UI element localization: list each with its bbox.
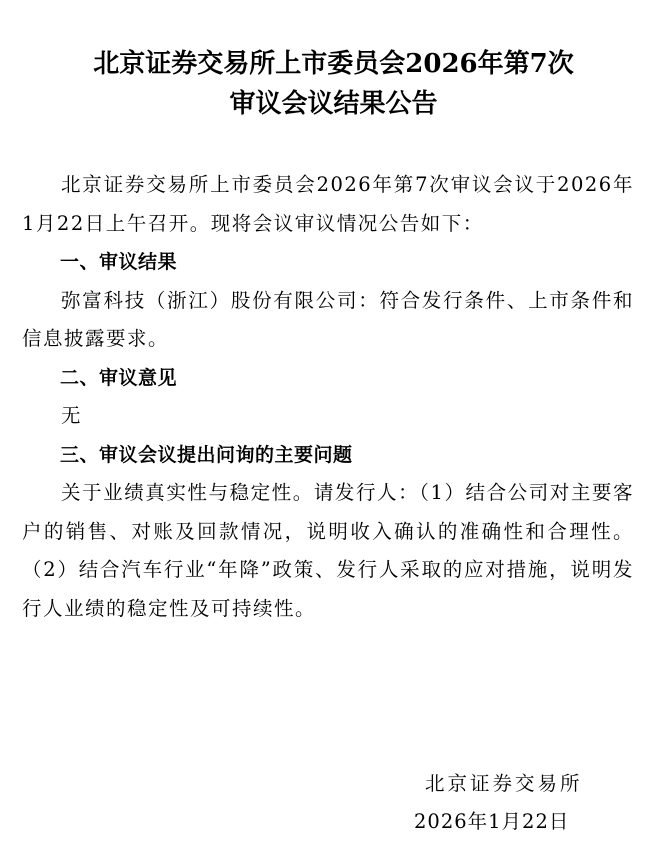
- section-content-review-result: 弥富科技（浙江）股份有限公司：符合发行条件、上市条件和信息披露要求。: [22, 282, 634, 359]
- document-title-line2: 审议会议结果公告: [0, 84, 667, 124]
- signature-date: 2026年1月22日: [414, 806, 569, 834]
- section-content-main-questions: 关于业绩真实性与稳定性。请发行人：（1）结合公司对主要客户的销售、对账及回款情况…: [22, 474, 634, 628]
- section-heading-main-questions: 三、审议会议提出问询的主要问题: [22, 436, 634, 475]
- document-body: 北京证券交易所上市委员会2026年第7次审议会议于2026年1月22日上午召开。…: [22, 166, 634, 628]
- signature-organization: 北京证券交易所: [425, 768, 583, 796]
- document-title-line1: 北京证券交易所上市委员会2026年第7次: [0, 44, 667, 84]
- section-content-review-opinion: 无: [22, 397, 634, 436]
- intro-paragraph: 北京证券交易所上市委员会2026年第7次审议会议于2026年1月22日上午召开。…: [22, 166, 634, 243]
- section-heading-review-opinion: 二、审议意见: [22, 359, 634, 398]
- section-heading-review-result: 一、审议结果: [22, 243, 634, 282]
